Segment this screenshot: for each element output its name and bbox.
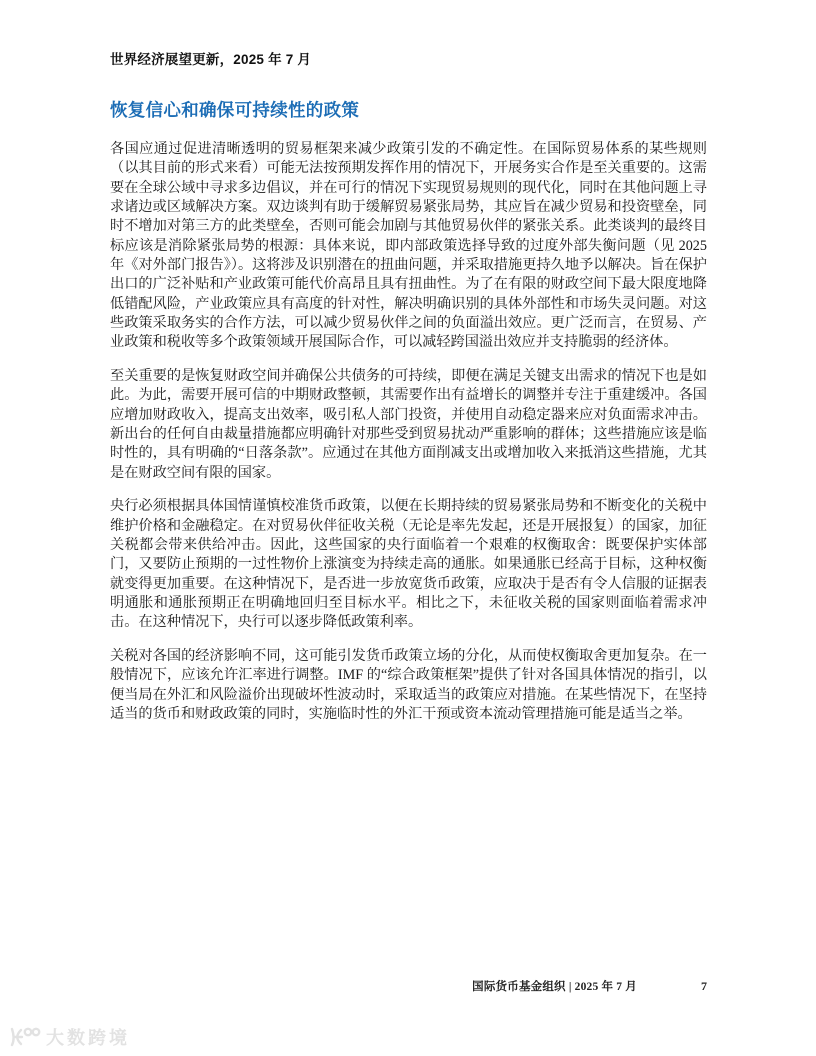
running-header: 世界经济展望更新，2025 年 7 月	[110, 48, 707, 68]
footer-org-date: 国际货币基金组织 | 2025 年 7 月	[472, 978, 637, 994]
watermark: 大数跨境	[8, 1024, 130, 1050]
page-content: 世界经济展望更新，2025 年 7 月 恢复信心和确保可持续性的政策 各国应通过…	[110, 0, 707, 738]
watermark-logo-icon	[8, 1026, 42, 1048]
document-page: 世界经济展望更新，2025 年 7 月 恢复信心和确保可持续性的政策 各国应通过…	[0, 0, 816, 1056]
body-paragraph-1: 各国应通过促进清晰透明的贸易框架来减少政策引发的不确定性。在国际贸易体系的某些规…	[110, 140, 707, 353]
section-title: 恢复信心和确保可持续性的政策	[110, 97, 707, 122]
body-paragraph-3: 央行必须根据具体国情谨慎校准货币政策，以便在长期持续的贸易紧张局势和不断变化的关…	[110, 497, 707, 632]
body-paragraph-2: 至关重要的是恢复财政空间并确保公共债务的可持续，即便在满足关键支出需求的情况下也…	[110, 367, 707, 483]
watermark-label: 大数跨境	[46, 1024, 130, 1050]
body-paragraph-4: 关税对各国的经济影响不同，这可能引发货币政策立场的分化，从而使权衡取舍更加复杂。…	[110, 647, 707, 724]
page-footer: 国际货币基金组织 | 2025 年 7 月 7	[110, 978, 707, 994]
page-number: 7	[701, 979, 707, 994]
